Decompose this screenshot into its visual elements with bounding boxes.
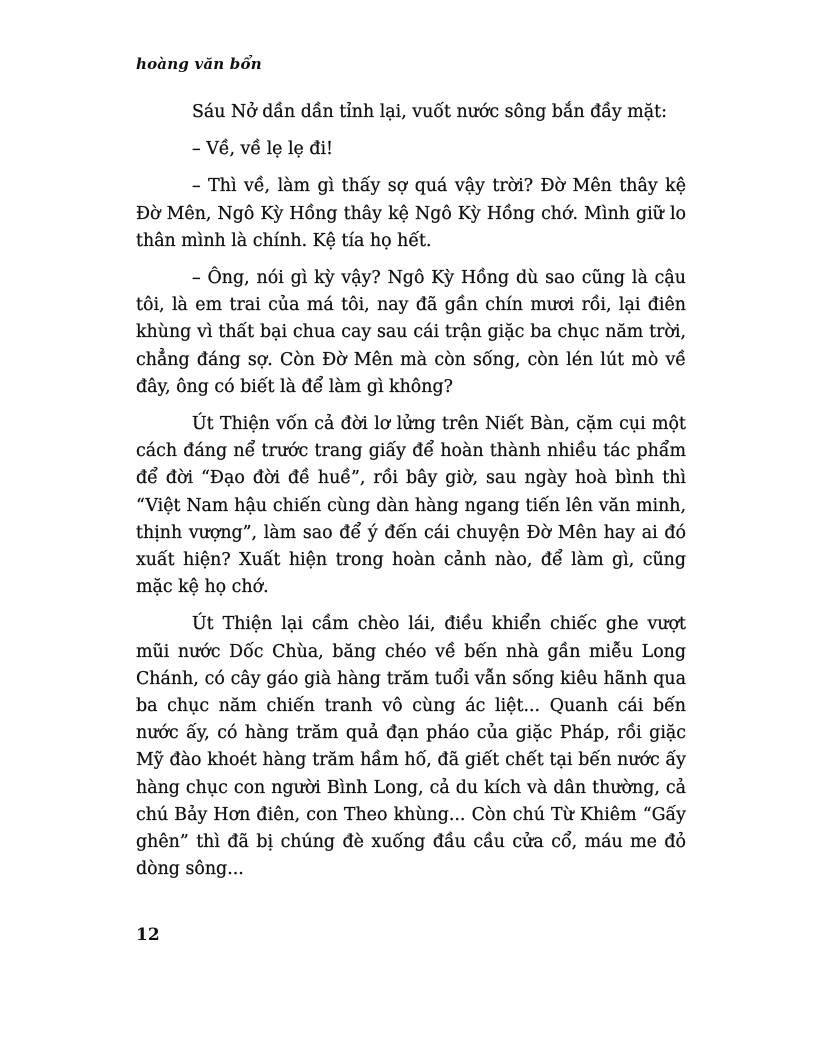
paragraph: Sáu Nở dần dần tỉnh lại, vuốt nước sông … <box>136 99 686 126</box>
paragraph: Út Thiện vốn cả đời lơ lửng trên Niết Bà… <box>136 411 686 601</box>
paragraph: – Về, về lẹ lẹ đi! <box>136 136 686 163</box>
book-page: hoàng văn bổn Sáu Nở dần dần tỉnh lại, v… <box>136 55 686 893</box>
paragraph: – Thì về, làm gì thấy sợ quá vậy trời? Đ… <box>136 173 686 255</box>
paragraph: Út Thiện lại cầm chèo lái, điều khiển ch… <box>136 611 686 883</box>
running-head-author: hoàng văn bổn <box>136 55 686 73</box>
page-number: 12 <box>136 925 160 945</box>
paragraph: – Ông, nói gì kỳ vậy? Ngô Kỳ Hồng dù sao… <box>136 265 686 401</box>
